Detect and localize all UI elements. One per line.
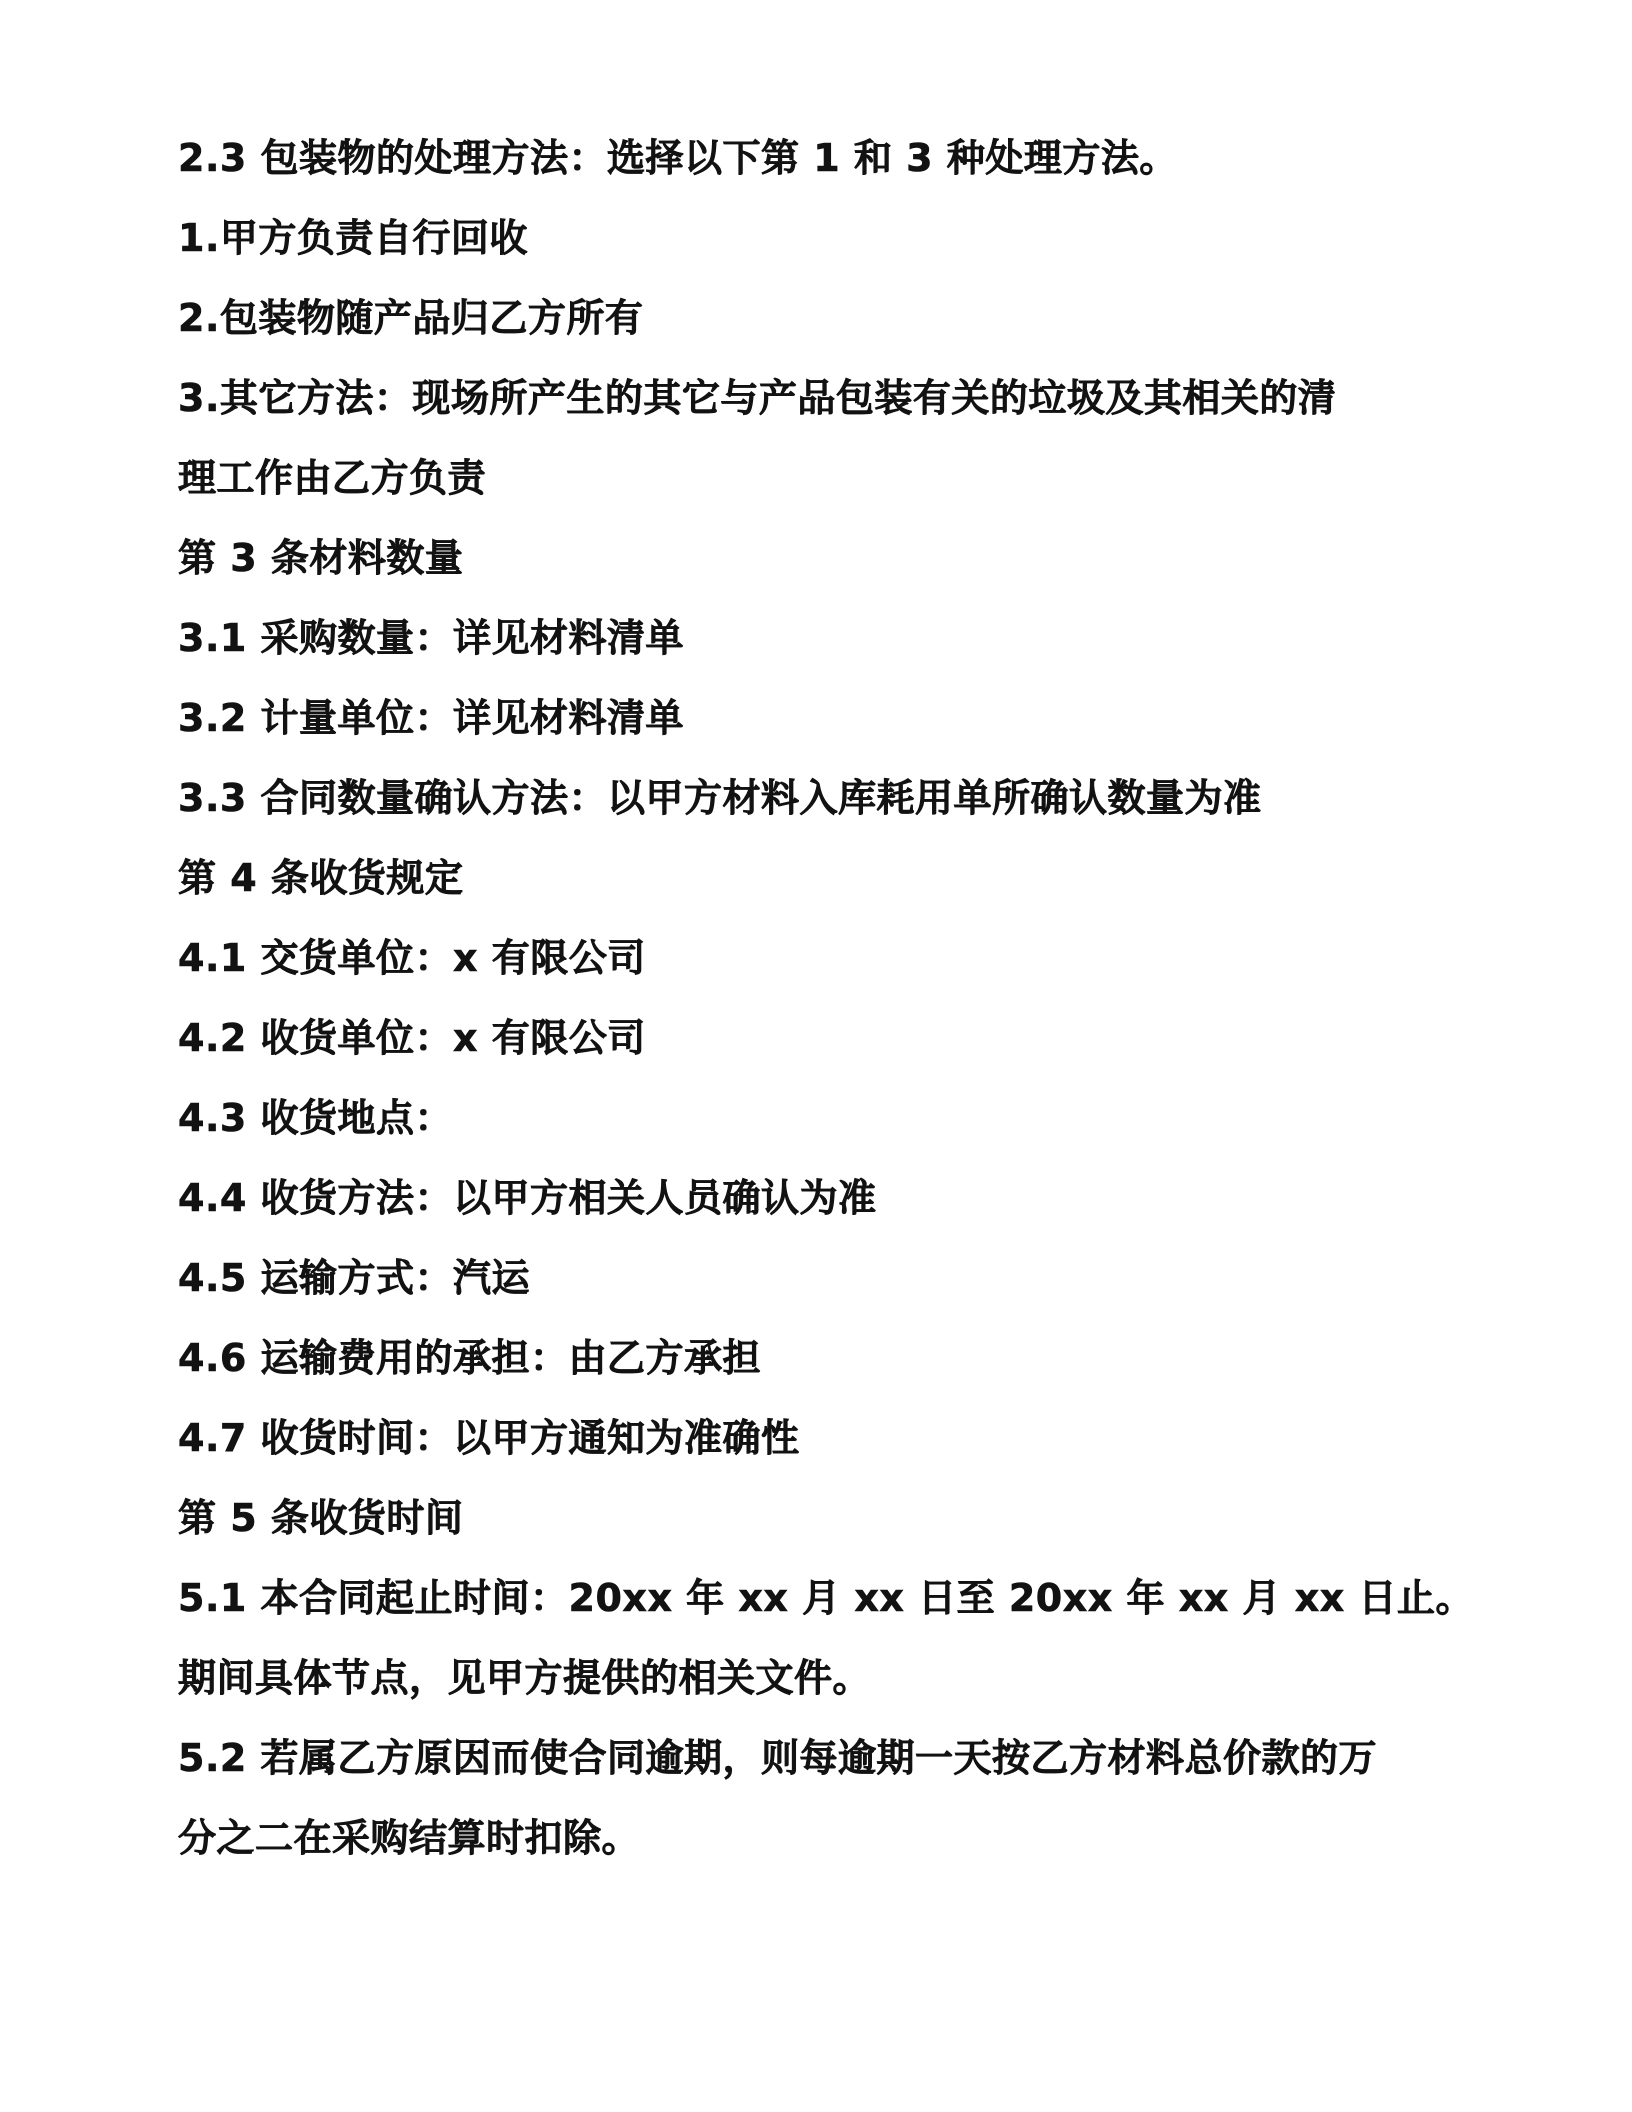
clause-4-1: 4.1 交货单位：x 有限公司 [178, 918, 1478, 998]
clause-2-3-option-2: 2.包装物随产品归乙方所有 [178, 278, 1478, 358]
clause-5-2: 5.2 若属乙方原因而使合同逾期，则每逾期一天按乙方材料总价款的万 [178, 1718, 1478, 1798]
clause-3-1: 3.1 采购数量：详见材料清单 [178, 598, 1478, 678]
clause-5-1: 5.1 本合同起止时间：20xx 年 xx 月 xx 日至 20xx 年 xx … [178, 1558, 1478, 1638]
clause-5-1-cont: 期间具体节点，见甲方提供的相关文件。 [178, 1638, 1478, 1718]
article-4-heading: 第 4 条收货规定 [178, 838, 1478, 918]
clause-4-2: 4.2 收货单位：x 有限公司 [178, 998, 1478, 1078]
clause-5-2-cont: 分之二在采购结算时扣除。 [178, 1798, 1478, 1878]
clause-2-3-option-3: 3.其它方法：现场所产生的其它与产品包装有关的垃圾及其相关的清 [178, 358, 1478, 438]
clause-4-6: 4.6 运输费用的承担：由乙方承担 [178, 1318, 1478, 1398]
clause-4-4: 4.4 收货方法：以甲方相关人员确认为准 [178, 1158, 1478, 1238]
clause-2-3-option-1: 1.甲方负责自行回收 [178, 198, 1478, 278]
clause-2-3: 2.3 包装物的处理方法：选择以下第 1 和 3 种处理方法。 [178, 118, 1478, 198]
article-5-heading: 第 5 条收货时间 [178, 1478, 1478, 1558]
clause-3-2: 3.2 计量单位：详见材料清单 [178, 678, 1478, 758]
clause-2-3-option-3-cont: 理工作由乙方负责 [178, 438, 1478, 518]
clause-4-7: 4.7 收货时间：以甲方通知为准确性 [178, 1398, 1478, 1478]
document-page: 2.3 包装物的处理方法：选择以下第 1 和 3 种处理方法。 1.甲方负责自行… [0, 0, 1632, 2112]
clause-4-3: 4.3 收货地点： [178, 1078, 1478, 1158]
clause-4-5: 4.5 运输方式：汽运 [178, 1238, 1478, 1318]
article-3-heading: 第 3 条材料数量 [178, 518, 1478, 598]
clause-3-3: 3.3 合同数量确认方法：以甲方材料入库耗用单所确认数量为准 [178, 758, 1478, 838]
document-body: 2.3 包装物的处理方法：选择以下第 1 和 3 种处理方法。 1.甲方负责自行… [178, 118, 1478, 1878]
